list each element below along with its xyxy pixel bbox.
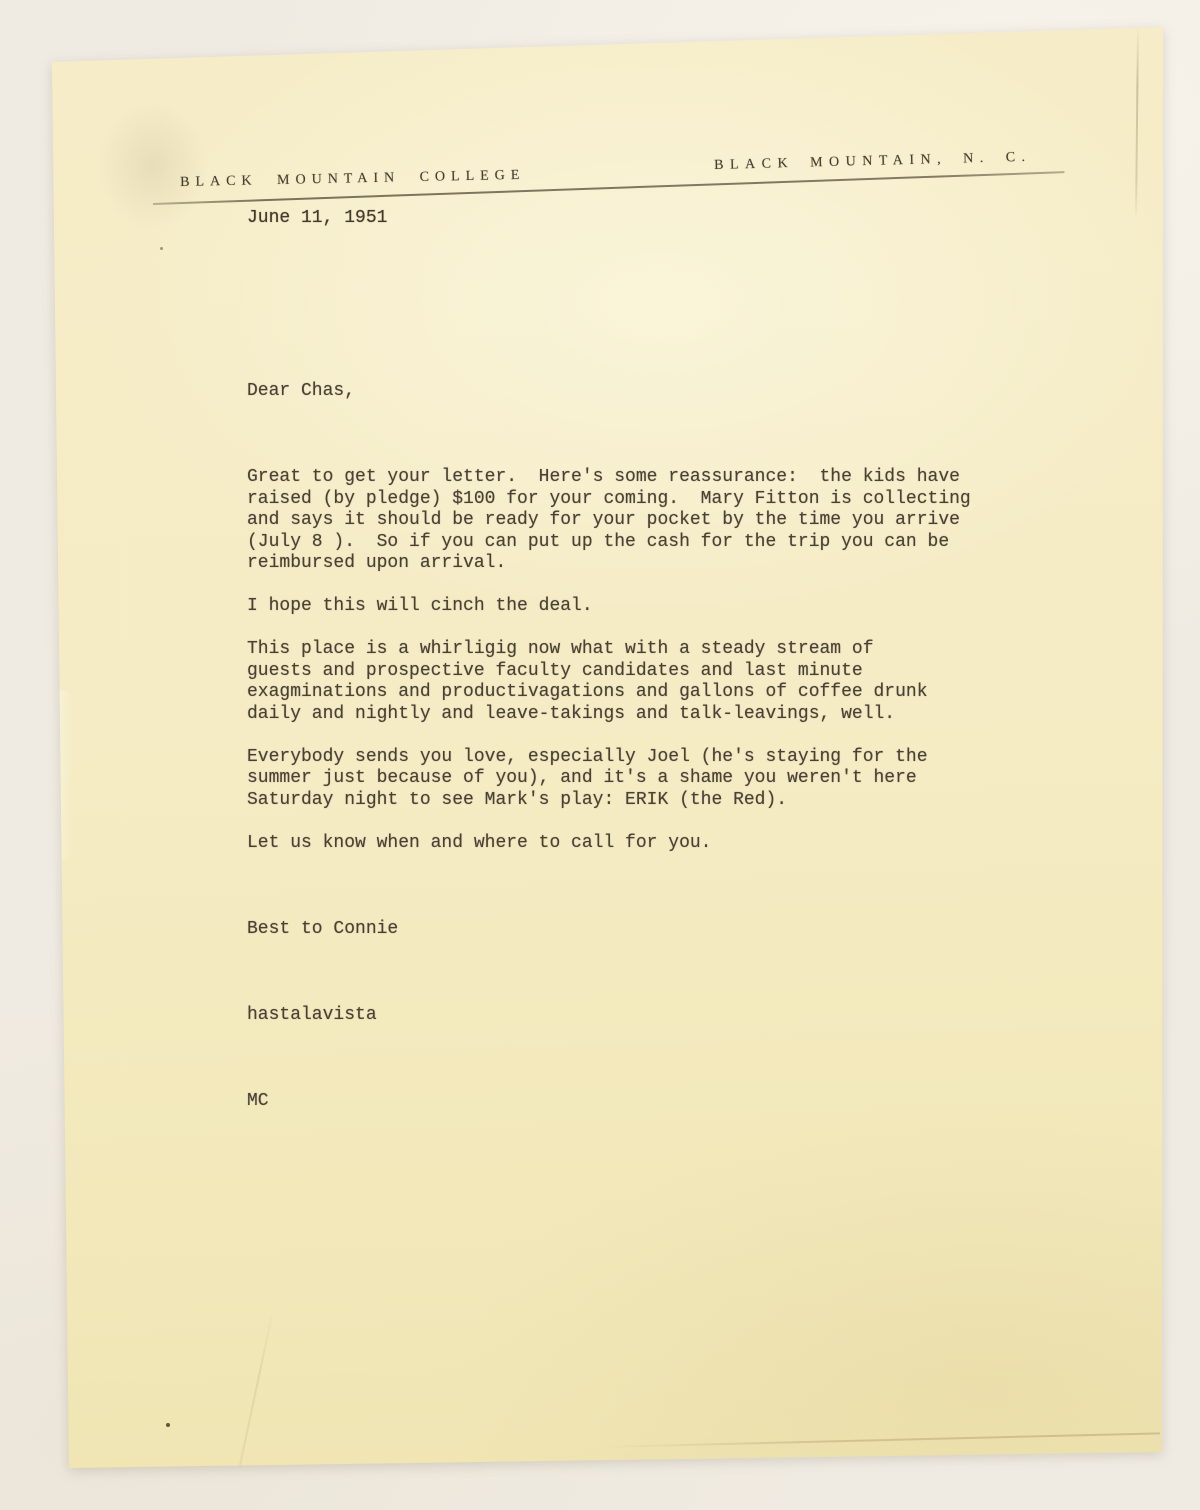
closing-line: Best to Connie bbox=[247, 919, 971, 941]
salutation: Dear Chas, bbox=[247, 381, 971, 403]
letter-paragraph: Great to get your letter. Here's some re… bbox=[247, 467, 971, 575]
letter-paragraph: This place is a whirligig now what with … bbox=[247, 639, 971, 725]
letter-paragraph: I hope this will cinch the deal. bbox=[247, 596, 971, 618]
paper-speck bbox=[160, 247, 163, 250]
paper-fold-left-edge bbox=[52, 690, 72, 860]
photo-backdrop: BLACK MOUNTAIN COLLEGE BLACK MOUNTAIN, N… bbox=[0, 0, 1200, 1510]
signature-initials: MC bbox=[247, 1091, 971, 1113]
paper-crease-right bbox=[1135, 26, 1139, 221]
date-line: June 11, 1951 bbox=[247, 208, 387, 230]
signoff-line: hastalavista bbox=[247, 1005, 971, 1027]
paper-smudge bbox=[98, 100, 208, 230]
letter-paragraph: Everybody sends you love, especially Joe… bbox=[247, 747, 971, 812]
paper-crease-bottom-right bbox=[600, 1432, 1160, 1447]
letter-paragraph: Let us know when and where to call for y… bbox=[247, 833, 971, 855]
letter-paragraphs: Great to get your letter. Here's some re… bbox=[247, 467, 971, 854]
paper-speck bbox=[166, 1423, 170, 1427]
letter-body: Dear Chas, Great to get your letter. Her… bbox=[247, 338, 971, 1177]
paper-crease-bottom-left bbox=[237, 1307, 274, 1474]
